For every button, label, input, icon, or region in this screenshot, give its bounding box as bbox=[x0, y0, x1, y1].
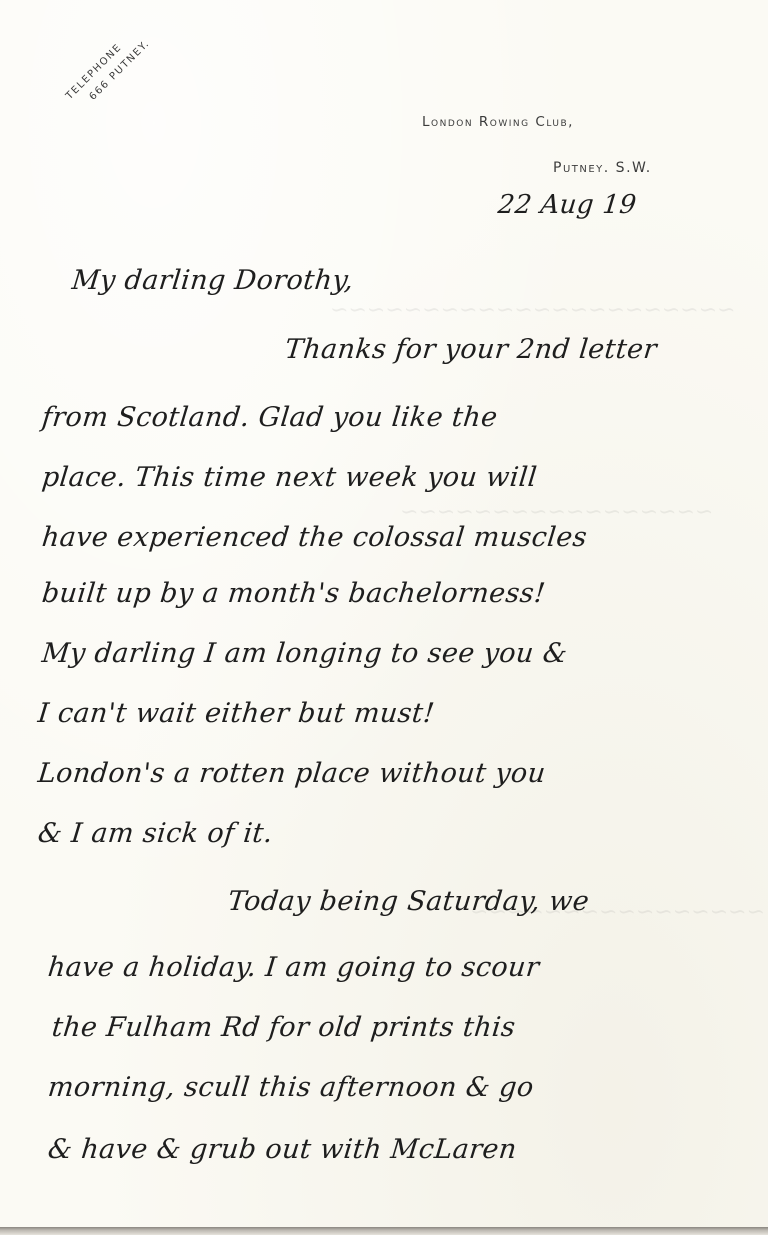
letter-paper: ~~~~~~~~~~~~~~~~~~~~~~ ~~~~~~~~~~~~~~~~~… bbox=[0, 0, 768, 1227]
letter-line: built up by a month's bachelorness! bbox=[40, 578, 547, 609]
letterhead-address: Putney. S.W. bbox=[553, 160, 652, 176]
letter-line: from Scotland. Glad you like the bbox=[40, 402, 499, 433]
letter-line: the Fulham Rd for old prints this bbox=[50, 1012, 517, 1043]
show-through-text: ~~~~~~~~~~~~~~~~~~~~~~ bbox=[330, 298, 736, 323]
letter-line: My darling I am longing to see you & bbox=[40, 638, 569, 669]
letter-line: London's a rotten place without you bbox=[36, 758, 547, 789]
letter-line: place. This time next week you will bbox=[40, 462, 538, 493]
letterhead: London Rowing Club, Putney. S.W. bbox=[422, 114, 574, 130]
letter-salutation: My darling Dorothy, bbox=[70, 265, 355, 296]
letter-date: 22 Aug 19 bbox=[496, 190, 638, 220]
letter-line: morning, scull this afternoon & go bbox=[46, 1072, 535, 1103]
letter-line: Thanks for your 2nd letter bbox=[283, 334, 658, 365]
letter-line: have experienced the colossal muscles bbox=[40, 522, 588, 553]
letterhead-organization: London Rowing Club, bbox=[422, 114, 574, 130]
letter-line: Today being Saturday, we bbox=[226, 886, 590, 917]
telephone-stamp: TELEPHONE 666 PUTNEY. bbox=[62, 24, 154, 116]
letter-line: & have & grub out with McLaren bbox=[46, 1134, 518, 1165]
paper-bottom-edge bbox=[0, 1227, 768, 1235]
letter-line: I can't wait either but must! bbox=[36, 698, 436, 729]
letter-line: have a holiday. I am going to scour bbox=[46, 952, 541, 983]
letter-line: & I am sick of it. bbox=[36, 818, 274, 849]
